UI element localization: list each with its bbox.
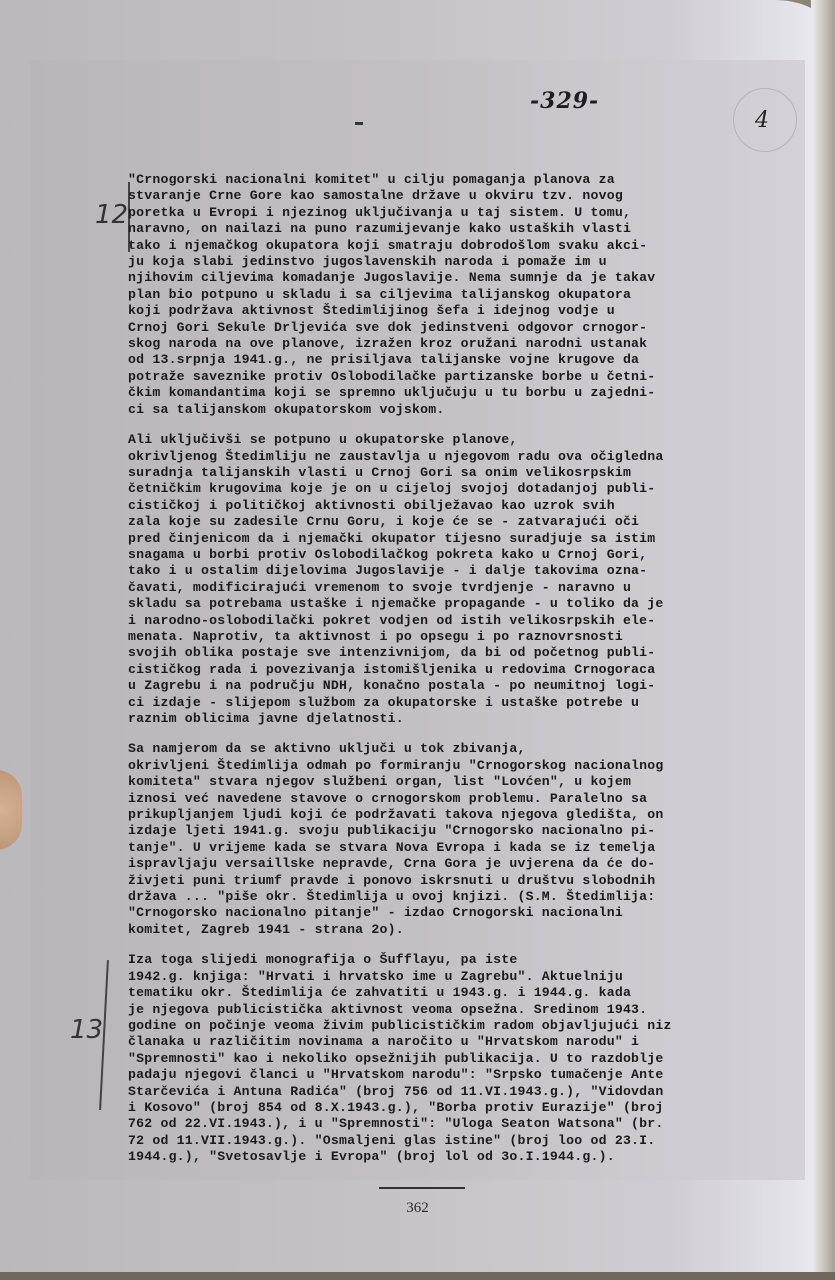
page-curl xyxy=(811,0,835,1280)
paragraph-1: "Crnogorski nacionalni komitet" u cilju … xyxy=(128,172,798,418)
margin-note-12: 12 xyxy=(95,200,128,230)
corner-handwritten-mark: 4 xyxy=(755,108,769,133)
paragraph-2: Ali uključivši se potpuno u okupatorske … xyxy=(128,432,798,727)
margin-note-13: 13 xyxy=(70,1015,103,1045)
footer-rule xyxy=(379,1187,465,1189)
book-page: -329- 4 12 13 "Crnogorski nacionalni kom… xyxy=(0,0,835,1280)
dash-mark xyxy=(355,122,363,125)
book-edge xyxy=(0,1272,835,1280)
book-page-number: 362 xyxy=(0,1200,835,1217)
typescript-body: "Crnogorski nacionalni komitet" u cilju … xyxy=(128,172,798,1180)
reader-thumb xyxy=(0,770,22,850)
typed-page-number: -329- xyxy=(530,88,599,114)
paragraph-4: Iza toga slijedi monografija o Šufflayu,… xyxy=(128,952,798,1165)
paragraph-3: Sa namjerom da se aktivno uključi u tok … xyxy=(128,741,798,938)
